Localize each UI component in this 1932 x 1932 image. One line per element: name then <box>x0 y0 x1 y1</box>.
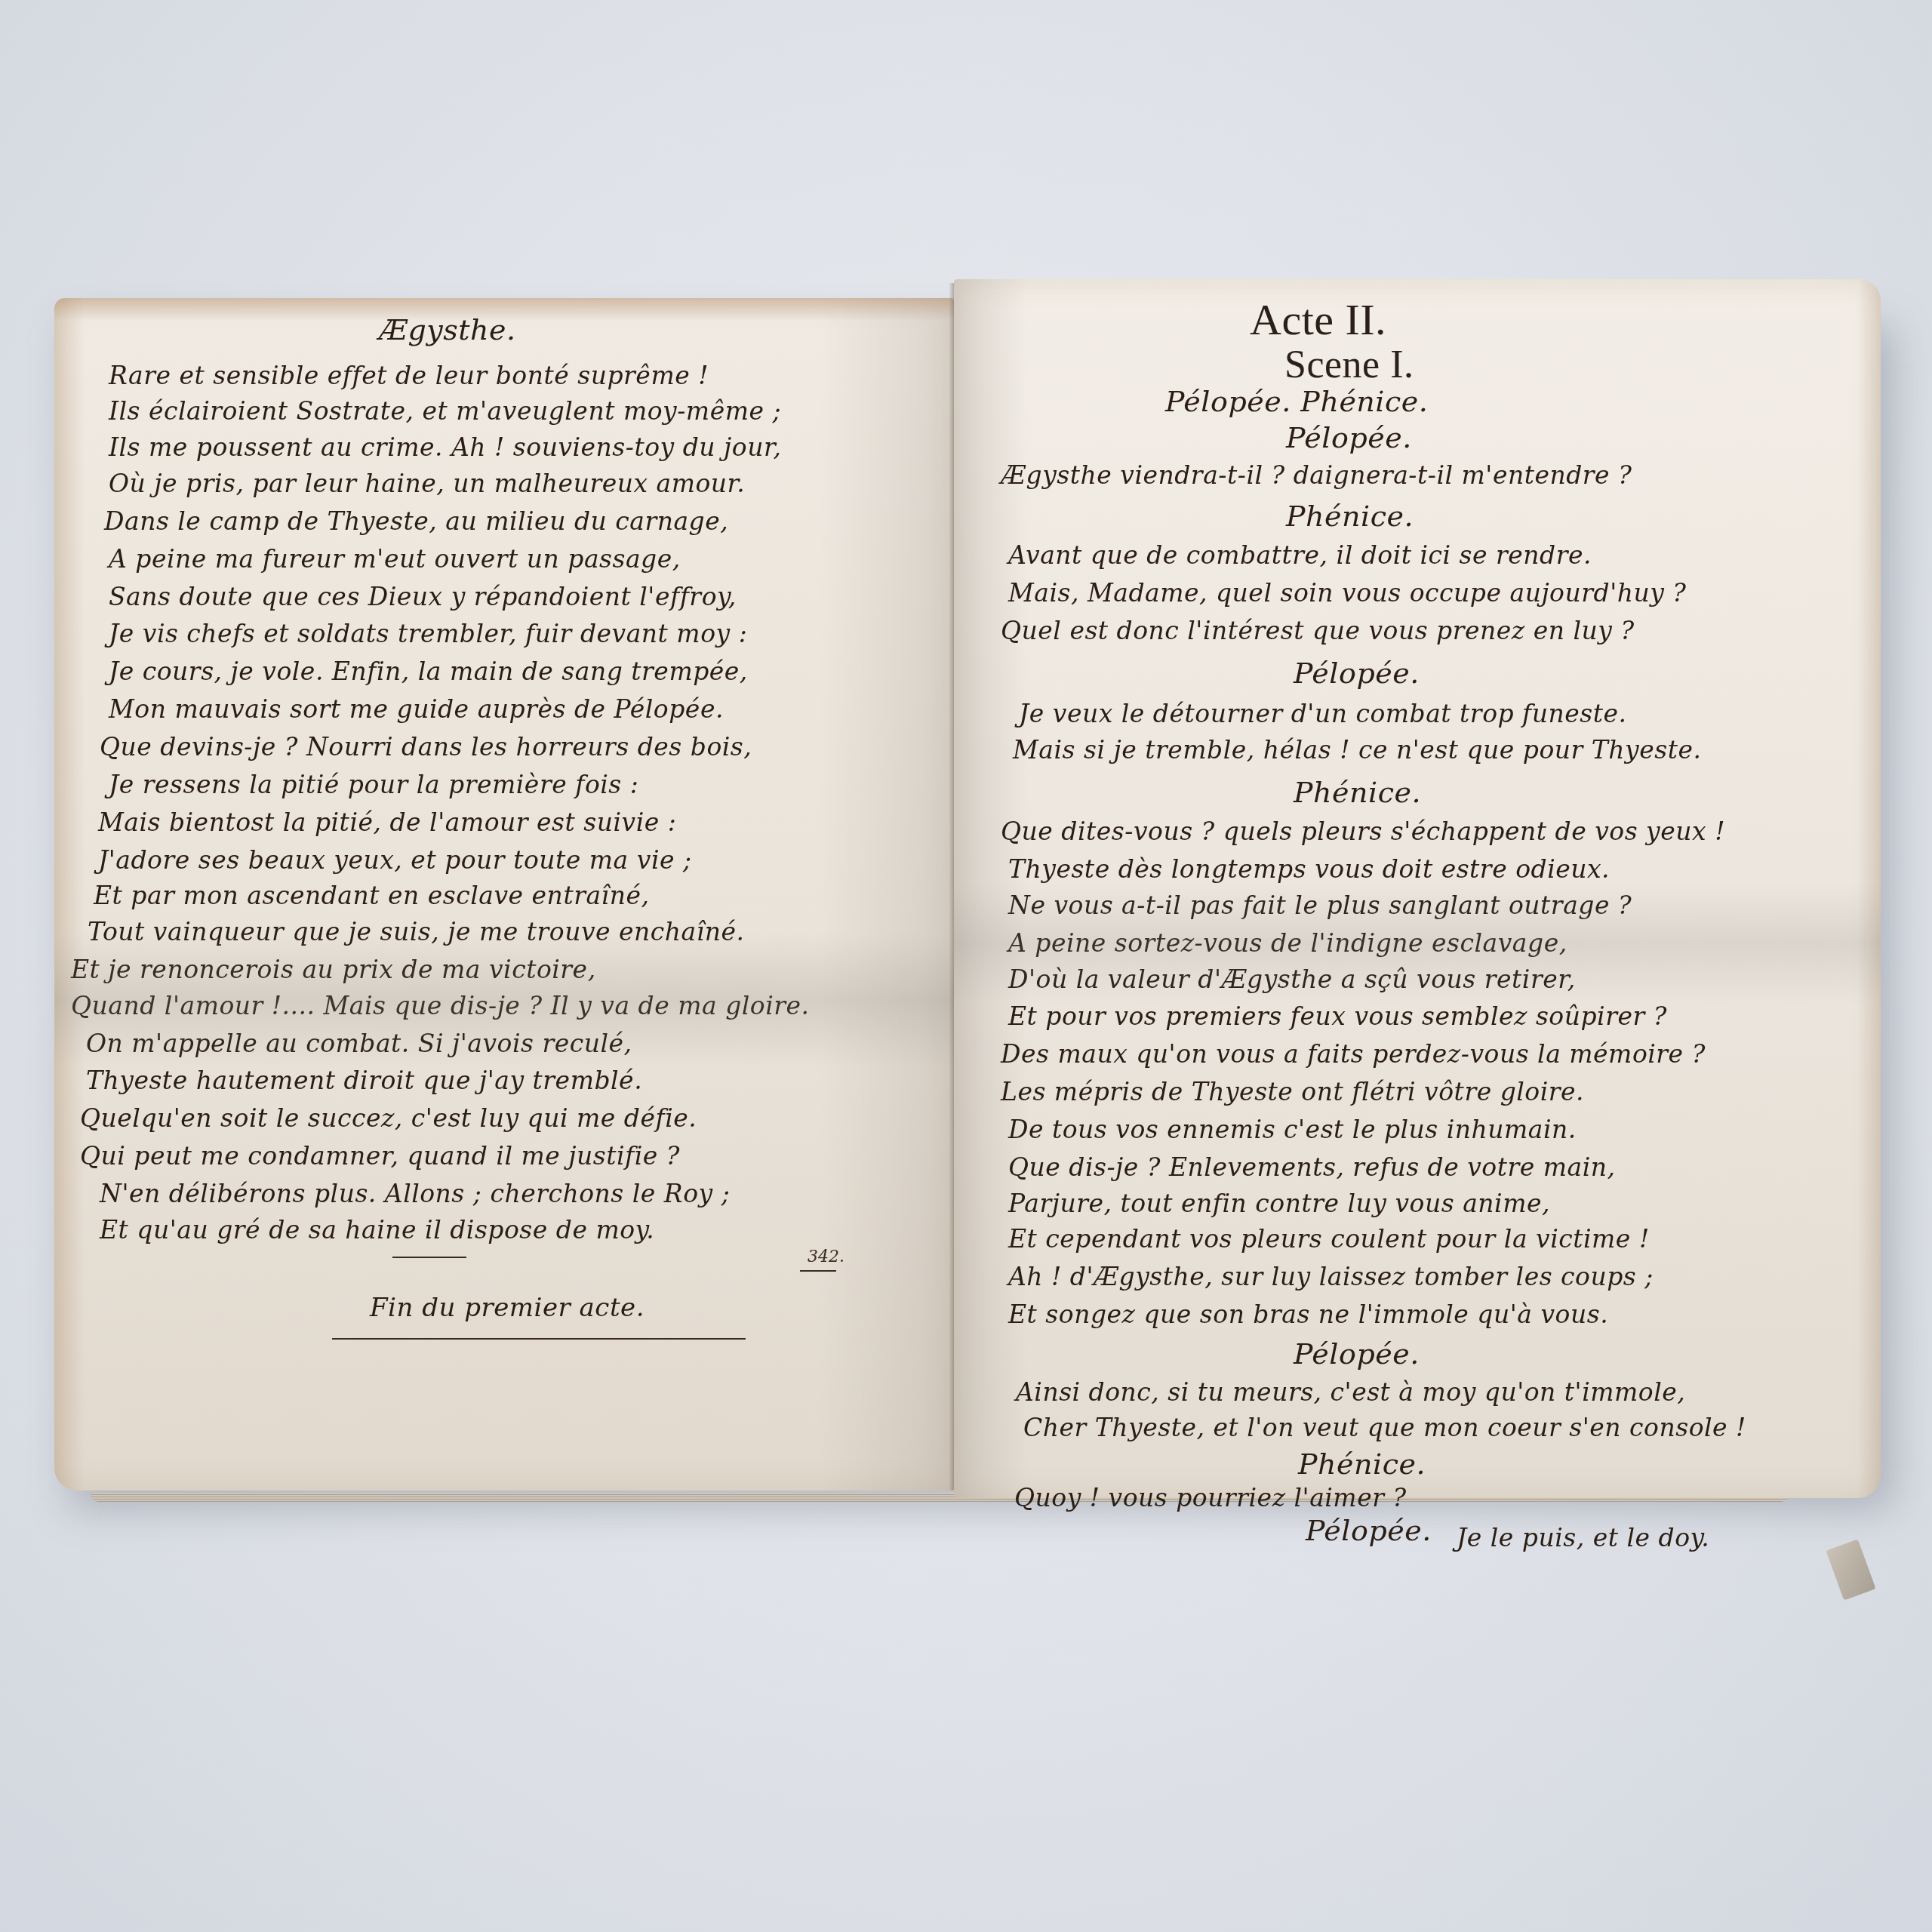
dialogue-line: Les mépris de Thyeste ont flétri vôtre g… <box>1001 1077 1584 1106</box>
speaker-name: Pélopée. <box>1286 421 1412 454</box>
dialogue-line: Je veux le détourner d'un combat trop fu… <box>1019 699 1627 728</box>
verse-line: Que devins-je ? Nourri dans les horreurs… <box>100 732 752 761</box>
speaker-name: Pélopée. <box>1294 657 1420 690</box>
verse-line: Qui peut me condamner, quand il me justi… <box>80 1141 680 1171</box>
verse-line: Tout vainqueur que je suis, je me trouve… <box>88 917 745 946</box>
dialogue-line: Quoy ! vous pourriez l'aimer ? <box>1014 1483 1407 1512</box>
verse-line: Mais bientost la pitié, de l'amour est s… <box>98 808 676 837</box>
verse-line: On m'appelle au combat. Si j'avois recul… <box>86 1029 632 1058</box>
verse-line: Je ressens la pitié pour la première foi… <box>109 770 638 799</box>
dialogue-line: Et pour vos premiers feux vous semblez s… <box>1008 1001 1667 1031</box>
dialogue-line: De tous vos ennemis c'est le plus inhuma… <box>1008 1115 1577 1144</box>
dialogue-line: Cher Thyeste, et l'on veut que mon coeur… <box>1023 1413 1746 1442</box>
dialogue-line: Thyeste dès longtemps vous doit estre od… <box>1008 854 1610 884</box>
folio-number: 342. <box>808 1247 844 1266</box>
end-of-act-note: Fin du premier acte. <box>370 1293 645 1323</box>
speaker-name: Pélopée. <box>1306 1514 1432 1547</box>
scene-title: Scene I. <box>1284 343 1414 387</box>
dialogue-line: Que dis-je ? Enlevements, refus de votre… <box>1008 1152 1616 1182</box>
dialogue-line: Avant que de combattre, il doit ici se r… <box>1008 540 1592 570</box>
speaker-name: Ægysthe. <box>379 313 516 346</box>
dialogue-line: D'où la valeur d'Ægysthe a sçû vous reti… <box>1008 964 1576 994</box>
dialogue-line: Je le puis, et le doy. <box>1457 1523 1709 1552</box>
verse-line: N'en délibérons plus. Allons ; cherchons… <box>100 1179 730 1208</box>
verse-line: Sans doute que ces Dieux y répandoient l… <box>109 582 737 611</box>
verse-line: Je vis chefs et soldats trembler, fuir d… <box>109 619 747 648</box>
dialogue-line: Quel est donc l'intérest que vous prenez… <box>1001 616 1635 645</box>
dialogue-line: Mais si je tremble, hélas ! ce n'est que… <box>1013 735 1702 764</box>
verse-line: Quand l'amour !.... Mais que dis-je ? Il… <box>71 991 810 1020</box>
verse-line: Et qu'au gré de sa haine il dispose de m… <box>100 1215 654 1244</box>
verse-line: Où je pris, par leur haine, un malheureu… <box>109 469 745 498</box>
verse-line: Dans le camp de Thyeste, au milieu du ca… <box>104 506 728 536</box>
dialogue-line: Ne vous a-t-il pas fait le plus sanglant… <box>1008 891 1632 920</box>
right-page: Acte II. Scene I. Pélopée. Phénice. Pélo… <box>954 279 1881 1498</box>
speaker-name: Phénice. <box>1298 1447 1426 1481</box>
folio-underline <box>800 1270 836 1272</box>
verse-line: Quelqu'en soit le succez, c'est luy qui … <box>80 1103 697 1133</box>
act-title: Acte II. <box>1250 294 1386 345</box>
dialogue-line: Ainsi donc, si tu meurs, c'est à moy qu'… <box>1016 1377 1685 1407</box>
dialogue-line: Ægysthe viendra-t-il ? daignera-t-il m'e… <box>1001 460 1632 490</box>
dialogue-line: Des maux qu'on vous a faits perdez-vous … <box>1001 1039 1706 1069</box>
speaker-name: Phénice. <box>1286 500 1414 533</box>
short-divider <box>392 1257 466 1258</box>
verse-line: Thyeste hautement diroit que j'ay trembl… <box>86 1066 642 1095</box>
dialogue-line: Et cependant vos pleurs coulent pour la … <box>1008 1224 1650 1254</box>
left-page: Ægysthe. Rare et sensible effet de leur … <box>54 298 954 1491</box>
verse-line: Et je renoncerois au prix de ma victoire… <box>71 955 596 984</box>
speaker-name: Pélopée. <box>1294 1337 1420 1371</box>
verse-line: Mon mauvais sort me guide auprès de Pélo… <box>109 694 724 724</box>
long-divider <box>332 1338 746 1340</box>
verse-line: Rare et sensible effet de leur bonté sup… <box>109 361 709 390</box>
verse-line: A peine ma fureur m'eut ouvert un passag… <box>109 544 681 574</box>
verse-line: Je cours, je vole. Enfin, la main de san… <box>109 657 748 686</box>
scene-characters: Pélopée. Phénice. <box>1165 385 1428 418</box>
verse-line: Ils me poussent au crime. Ah ! souviens-… <box>109 432 782 462</box>
dialogue-line: Ah ! d'Ægysthe, sur luy laissez tomber l… <box>1008 1262 1654 1291</box>
verse-line: J'adore ses beaux yeux, et pour toute ma… <box>98 845 692 875</box>
verse-line: Et par mon ascendant en esclave entraîné… <box>94 881 649 910</box>
dialogue-line: Et songez que son bras ne l'immole qu'à … <box>1008 1300 1608 1329</box>
verse-line: Ils éclairoient Sostrate, et m'aveuglent… <box>109 396 781 426</box>
dialogue-line: A peine sortez-vous de l'indigne esclava… <box>1008 928 1567 958</box>
folded-page-corner <box>1826 1539 1875 1600</box>
dialogue-line: Mais, Madame, quel soin vous occupe aujo… <box>1008 578 1687 608</box>
dialogue-line: Que dites-vous ? quels pleurs s'échappen… <box>1001 817 1725 846</box>
speaker-name: Phénice. <box>1294 776 1421 809</box>
dialogue-line: Parjure, tout enfin contre luy vous anim… <box>1008 1189 1550 1218</box>
